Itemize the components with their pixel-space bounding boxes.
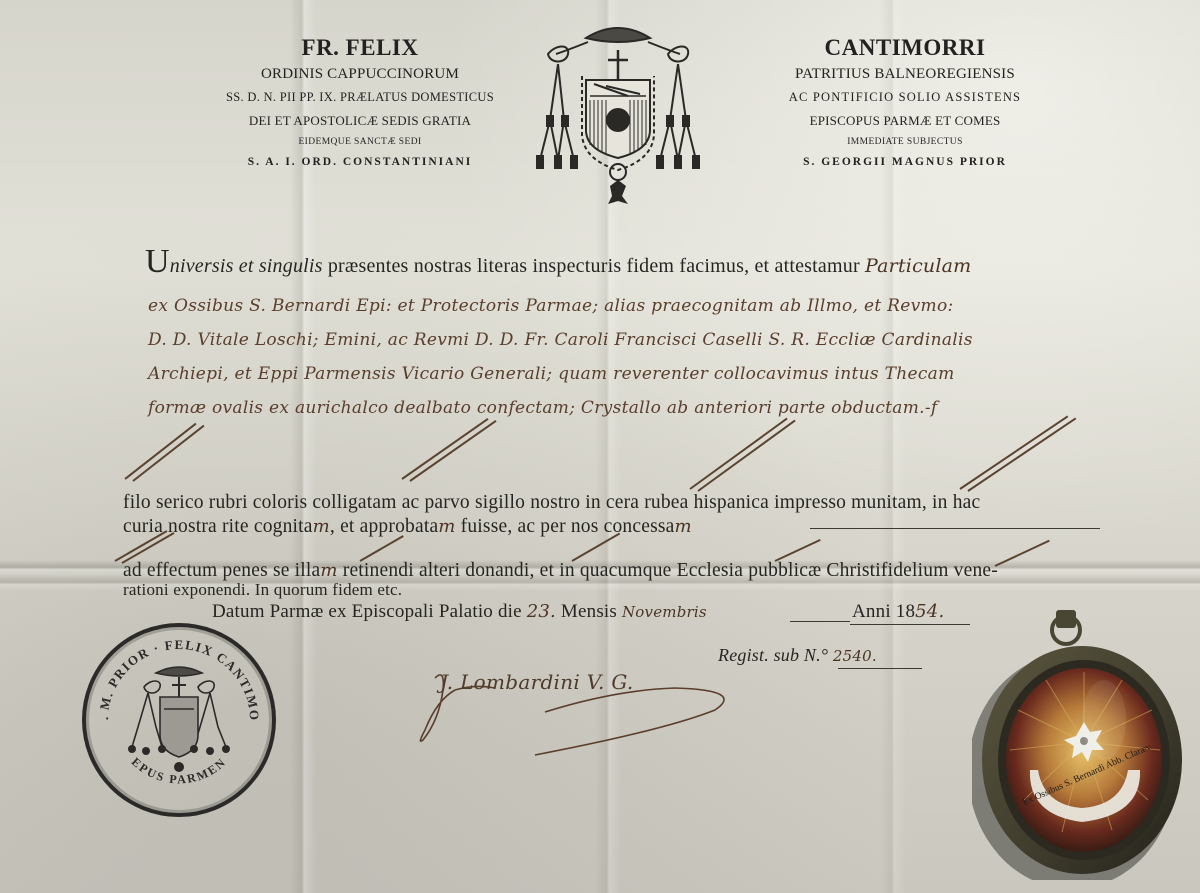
fill-line: [850, 624, 970, 625]
header-right-line: IMMEDIATE SUBJECTUS: [760, 138, 1050, 148]
drop-cap: U: [145, 243, 170, 280]
body-text: , et approbata: [330, 516, 438, 537]
date-year: Anni 1854.: [852, 601, 944, 623]
header-left-line: ORDINIS CAPPUCCINORUM: [200, 67, 520, 82]
fill-line: [810, 528, 1100, 529]
body-text: curia nostra rite cognita: [123, 516, 313, 537]
handwritten-line: D. D. Vitale Loschi; Emini, ac Revmi D. …: [148, 330, 973, 350]
body-italic-start: niversis et singulis: [170, 255, 323, 277]
year-printed: Anni 18: [852, 601, 915, 622]
header-left-line: S. A. I. ORD. CONSTANTINIANI: [200, 157, 520, 169]
body-line-d: rationi exponendi. In quorum fidem etc.: [123, 580, 402, 600]
header-right-name: CANTIMORRI: [760, 36, 1050, 59]
fill-line: [838, 668, 922, 669]
header-left-line: SS. D. N. PII PP. IX. PRÆLATUS DOMESTICU…: [200, 91, 520, 104]
header-right-line: PATRITIUS BALNEOREGIENSIS: [760, 67, 1050, 82]
body-printed-text: præsentes nostras literas inspecturis fi…: [323, 255, 860, 277]
registration-number: 2540.: [833, 647, 877, 665]
header-right-line: AC PONTIFICIO SOLIO ASSISTENS: [760, 91, 1050, 104]
certificate-document: FR. FELIX ORDINIS CAPPUCCINORUM SS. D. N…: [0, 0, 1200, 893]
episcopal-coat-of-arms-icon: [528, 20, 708, 210]
fill-line: [790, 621, 850, 622]
handwritten-insert: m: [438, 516, 455, 537]
body-line-c: ad effectum penes se illam retinendi alt…: [123, 560, 998, 582]
filler-stroke: [689, 418, 787, 490]
handwritten-insert: m: [313, 516, 330, 537]
signature-text: J. Lombardini V. G.: [440, 670, 634, 694]
seal-emblem-icon: S. G. M. PRIOR · FELIX CANTIMORRI EPUS P…: [86, 627, 272, 813]
filler-stroke: [697, 420, 795, 492]
date-text: Datum Parmæ ex Episcopali Palatio die: [212, 601, 522, 622]
body-text: retinendi alteri donandi, et in quacumqu…: [338, 560, 998, 581]
filler-stroke: [132, 425, 204, 482]
handwritten-line: formæ ovalis ex aurichalco dealbato conf…: [148, 398, 937, 418]
handwritten-insert: m: [675, 516, 692, 537]
date-line: Datum Parmæ ex Episcopali Palatio die 23…: [212, 601, 707, 623]
header-left: FR. FELIX ORDINIS CAPPUCCINORUM SS. D. N…: [200, 36, 520, 169]
body-text: fuisse, ac per nos concessa: [456, 516, 675, 537]
filler-stroke: [967, 417, 1076, 491]
header-left-name: FR. FELIX: [200, 36, 520, 59]
body-text: ad effectum penes se illa: [123, 560, 320, 581]
handwritten-line: Archiepi, et Eppi Parmensis Vicario Gene…: [148, 364, 955, 384]
header-left-line: EIDEMQUE SANCTÆ SEDI: [200, 138, 520, 148]
date-month: Novembris: [622, 603, 707, 621]
handwritten-insert: Particulam: [865, 255, 971, 277]
header-right: CANTIMORRI PATRITIUS BALNEOREGIENSIS AC …: [760, 36, 1050, 169]
filler-stroke: [409, 420, 496, 482]
episcopal-seal-stamp: S. G. M. PRIOR · FELIX CANTIMORRI EPUS P…: [82, 623, 276, 817]
filler-stroke: [124, 423, 196, 480]
reliquary-theca: [972, 600, 1192, 880]
year-handwritten: 54.: [915, 601, 944, 622]
body-line-b: curia nostra rite cognitam, et approbata…: [123, 516, 692, 538]
header-right-line: EPISCOPUS PARMÆ ET COMES: [760, 114, 1050, 127]
filler-stroke: [775, 539, 821, 562]
filler-stroke: [959, 415, 1068, 489]
handwritten-line: ex Ossibus S. Bernardi Epi: et Protector…: [148, 296, 954, 316]
body-line-a: filo serico rubri coloris colligatam ac …: [123, 492, 980, 514]
header-right-line: S. GEORGII MAGNUS PRIOR: [760, 157, 1050, 169]
date-text: Mensis: [561, 601, 617, 622]
date-day: 23.: [527, 601, 556, 622]
body-line-1: Universis et singulis præsentes nostras …: [145, 248, 971, 278]
filler-stroke: [401, 418, 488, 480]
handwritten-insert: m: [320, 560, 337, 581]
header-left-line: DEI ET APOSTOLICÆ SEDIS GRATIA: [200, 114, 520, 127]
filler-stroke: [360, 535, 404, 562]
